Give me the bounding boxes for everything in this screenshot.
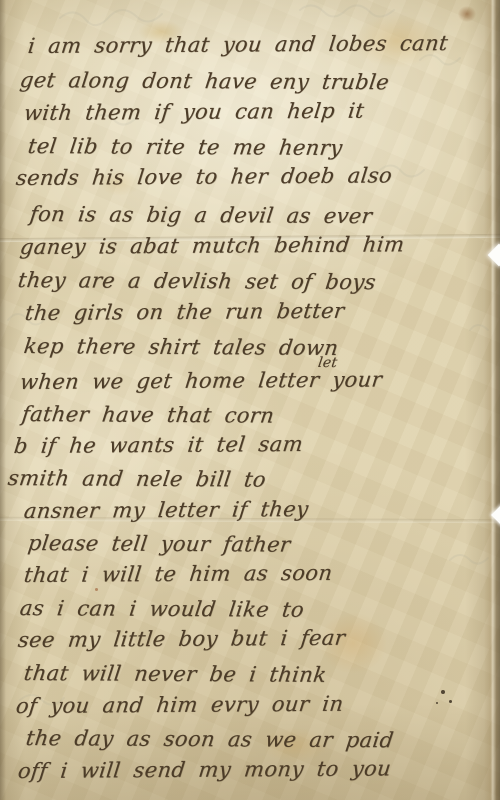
interlinear-insertion: let — [317, 356, 338, 370]
edge-tear-notch — [488, 244, 500, 267]
ink-speck — [441, 690, 445, 694]
letter-line: see my little boy but i fear — [17, 628, 347, 651]
rust-speck — [95, 588, 98, 591]
letter-line: father have that corn — [21, 404, 276, 427]
letter-line: as i can i would like to — [19, 598, 306, 621]
letter-line: tel lib to rite te me henry — [27, 136, 344, 159]
edge-tear-notch — [491, 505, 500, 525]
letter-line: that i will te him as soon — [23, 563, 334, 586]
letter-line: the day as soon as we ar paid — [25, 728, 395, 751]
letter-line: that will never be i think — [23, 663, 328, 686]
letter-line: sends his love to her doeb also — [15, 165, 394, 189]
letter-line: with them if you can help it — [23, 101, 366, 124]
letter-line: ganey is abat mutch behind him — [19, 234, 406, 258]
letter-line: i am sorry that you and lobes cant — [27, 33, 449, 57]
letter-line: kep there shirt tales down — [23, 336, 340, 359]
letter-line: of you and him evry our in — [15, 694, 345, 717]
paper-left-edge — [0, 0, 6, 800]
letter-line: when we get home letter your — [19, 369, 384, 393]
paper-stain — [458, 6, 476, 22]
letter-line: smith and nele bill to — [7, 468, 268, 491]
ink-speck — [436, 702, 438, 704]
torn-right-edge — [484, 0, 500, 800]
letter-line: fon is as big a devil as ever — [29, 204, 374, 227]
letter-line: ansner my letter if they — [23, 499, 310, 522]
letter-line: b if he wants it tel sam — [13, 434, 304, 457]
letter-line: the girls on the run better — [24, 301, 346, 324]
letter-line: please tell your father — [27, 533, 292, 556]
letter-line: off i will send my mony to you — [17, 758, 393, 782]
letter-line: get along dont have eny truble — [19, 70, 391, 93]
letter-line: they are a devlish set of boys — [17, 270, 378, 293]
ink-speck — [449, 700, 452, 703]
letter-page: i am sorry that you and lobes cant get a… — [0, 0, 500, 800]
